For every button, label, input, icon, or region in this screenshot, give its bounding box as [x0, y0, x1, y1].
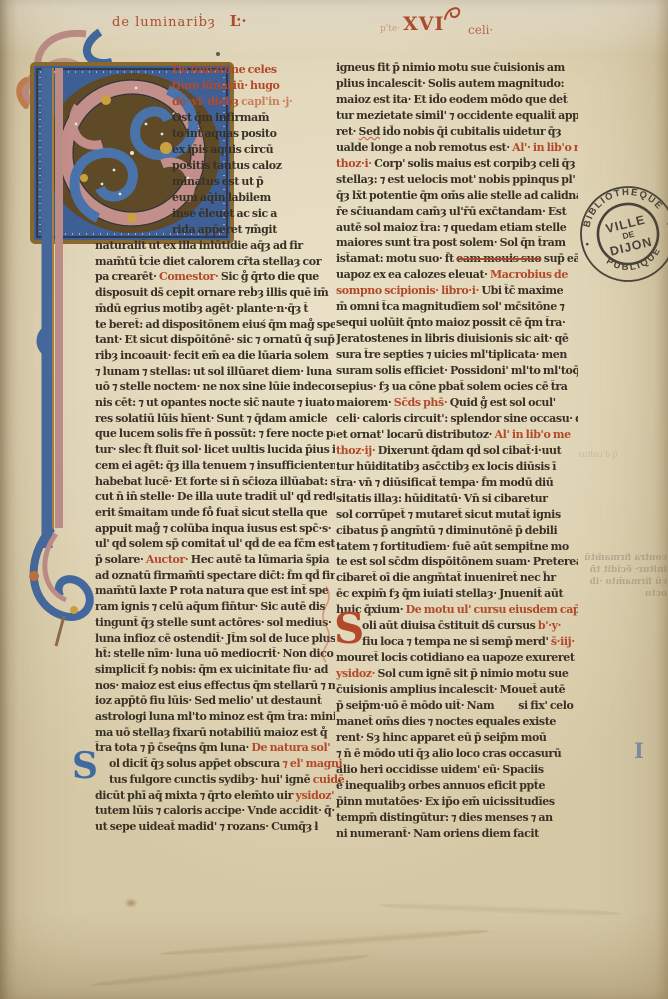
- body-text: maioz est ita· Et id̄o eodem mōdo que de…: [336, 93, 567, 106]
- body-text: Dixerunt q̄dam qd̄ sol cibat̄·i·uut: [378, 444, 562, 457]
- rubric-text: Macrobius de: [490, 268, 568, 281]
- body-text: si fix' celo: [518, 699, 573, 712]
- text-line: inse ēleuet ac sic a: [172, 207, 332, 223]
- body-text: sequi uolūit q̄nto maioz possit cē q̄m t…: [336, 316, 565, 329]
- text-line: cut n̄ in̄ stelle· De illa uute tradit̄ …: [95, 490, 335, 506]
- body-text: ⁊ n̄ ē mōdo uti q̄ȝ alio loco cras occas…: [336, 747, 561, 760]
- text-line: nis cēt: ⁊ ut opantes nocte sic̄ naute ⁊…: [95, 396, 335, 412]
- text-line: plius incalescit· Solis autem magnitudo:: [336, 77, 578, 93]
- text-line: ēc expim̄ fȝ q̄m iuiati stellaȝ· Jnuenit…: [336, 587, 578, 603]
- body-text: cut n̄ in̄ stelle· De illa uute tradit̄ …: [95, 490, 335, 503]
- body-text: igneus fit p̄ nimio motu sue c̄uisionis …: [336, 61, 565, 74]
- rubric-text: De natura sol': [251, 741, 330, 754]
- body-text: eam mouis suo: [456, 252, 541, 265]
- text-line: rent· Sȝ hinc apparet eū p̄ seip̄m moū: [336, 731, 578, 747]
- text-line: maiores sunt t̄ra post solem· Sol q̄n t̄…: [336, 236, 578, 252]
- text-line: ⁊ lunam ⁊ stellas: ut sol illūaret diem·…: [95, 365, 335, 381]
- parchment-crease: [160, 927, 490, 959]
- body-text: ē inequaliḃȝ orbes annuos eficit ppt̄e: [336, 779, 545, 792]
- body-text: sura t̄re septies ⁊ uicies ml'tiplicata·…: [336, 348, 567, 361]
- rubric-text: tium lūnariū· hugo: [172, 79, 279, 92]
- text-line: dicūt phī aq̄ mixta ⁊ q̄rto elem̄to uir …: [95, 789, 335, 805]
- body-text: alio heri occidisse uidem' eū· Spaciis: [336, 763, 544, 776]
- body-text: ⁊ lunam ⁊ stellas: ut sol illūaret diem·…: [95, 365, 332, 378]
- text-line: Ost q̄m infirmam̄: [172, 111, 332, 127]
- body-text: maiores sunt t̄ra post solem· Sol q̄n t̄…: [336, 236, 566, 249]
- rubric-text: s̄·iij·: [551, 635, 575, 648]
- body-text: cibatus p̄ angm̄tū ⁊ diminutōnē p̄ debil…: [336, 524, 557, 537]
- body-text: m̄dū egrius motiḃȝ agēt· plante·n·q̄ȝ t̄: [95, 302, 308, 315]
- text-line: positis tantus caloz: [172, 159, 332, 175]
- body-text: Corp' solis maius est corpiḃȝ celi q̄ȝ: [374, 157, 575, 170]
- text-line: cibaret̄ oī die angm̄tat̄ inueniret̄ nec…: [336, 571, 578, 587]
- text-line: ⁊ n̄ ē mōdo uti q̄ȝ alio loco cras occas…: [336, 747, 578, 763]
- body-text: Quid g̊ est sol ocul': [450, 396, 556, 409]
- body-text: tur· slec f̄t fluit sol· licet uultis lu…: [95, 443, 335, 456]
- body-text: ret·: [336, 125, 359, 138]
- text-line: c̄uisionis amplius incalescit· Mouet̄ au…: [336, 683, 578, 699]
- text-line: q̄ȝ lx̄t potentie q̄m om̄s alie stelle a…: [336, 189, 578, 205]
- parchment-crease: [90, 951, 369, 989]
- text-line: uapoz ex ea calozes eleuat· Macrobius de: [336, 268, 578, 284]
- body-text: erit s̄maitam unde fo̊ fuat̄ sicut stell…: [95, 506, 327, 519]
- body-text: p̄inn mutatōes· Ex ip̄o em̄ uicissitudīe…: [336, 795, 555, 808]
- body-text: et ornat' locarū distributoz·: [336, 428, 495, 441]
- text-line: sura t̄re septies ⁊ uicies ml'tiplicata·…: [336, 348, 578, 364]
- drop-cap-initial: S: [334, 608, 364, 650]
- text-line: tant· Et sicut dispōitōnē· sic ⁊ ornatū …: [95, 333, 335, 349]
- text-line: mam̄tū t̄cie diet calorem cr̄ta stellaȝ …: [95, 255, 335, 271]
- rubric-text: Al' in lib'o me: [495, 428, 571, 441]
- text-line: fiu loca ⁊ tempa ne si semp̄ merd' s̄·ii…: [336, 635, 604, 651]
- body-text: inse ēleuet ac sic a: [172, 207, 277, 220]
- body-text: simplicit̄ fȝ nobis: q̄m ex uicinitate f…: [95, 663, 328, 676]
- text-line: ma uō stellaȝ fixarū notabiliū maioz est…: [95, 726, 335, 742]
- rubric-text: sompno scipionis· libro·i·: [336, 284, 481, 297]
- body-text: manet̄ om̄s dies ⁊ noctes equales existe: [336, 715, 556, 728]
- body-text: Ubi t̄c̄ maxime: [481, 284, 563, 297]
- text-line: thoz·ij· Dixerunt q̄dam qd̄ sol cibat̄·i…: [336, 444, 578, 460]
- text-line: suram solis efficiet· Possidoni' ml'to m…: [336, 364, 578, 380]
- body-text: id̄o nobis q̄i cubitalis uidetur q̄ȝ: [380, 125, 561, 138]
- body-text: minatus est ut p̄: [172, 175, 263, 188]
- body-text: r̄e sc̄iuandam cam̄ȝ ul'r̄ū exc̄tandam· …: [336, 205, 566, 218]
- text-line: pa crearēt· Comestor· Sic g̊ q̄rto die q…: [95, 270, 335, 286]
- body-text: res solatiū lūis hīent· Sunt ⁊ q̄dam ami…: [95, 412, 327, 425]
- text-line: sequi uolūit q̄nto maioz possit cē q̄m t…: [336, 316, 578, 332]
- body-text: ul' qd̄ solem sp̄ comitat̄ ul' qd̄ de ea…: [95, 537, 335, 550]
- body-text: naturalit̄ ut ex illa inlūtidie aq̄ȝ ad …: [95, 239, 303, 252]
- text-line: astrologi luna ml'to minoz est q̄m t̄ra:…: [95, 710, 335, 726]
- text-line: sitatis illaȝ: hūiditatū· Vn̄ si cibaret…: [336, 492, 578, 508]
- body-text: sepius· fȝ ua cōne pbat̄ solem ocies cē …: [336, 380, 568, 393]
- body-text: ist̄amat: motu suo· f̄t: [336, 252, 456, 265]
- text-line: maioz est ita· Et id̄o eodem mōdo que de…: [336, 93, 578, 109]
- text-line: tingunt̄ q̄ȝ stelle sunt actōres· sol me…: [95, 616, 335, 632]
- text-line: tur mezietate simil' ⁊ occidente equalit…: [336, 109, 578, 125]
- text-line: t̄ra tota ⁊ p̄ c̄seq̄ns q̄m luna· De nat…: [95, 741, 335, 757]
- text-line: te beret̄: ad dispositōnem eiuś q̄m mag̊…: [95, 318, 335, 334]
- showthrough-note-small: q̄ d'cultus: [578, 450, 618, 459]
- text-line: alio heri occidisse uidem' eū· Spaciis: [336, 763, 578, 779]
- text-line: erit s̄maitam unde fo̊ fuat̄ sicut stell…: [95, 506, 335, 522]
- text-line: ul' qd̄ solem sp̄ comitat̄ ul' qd̄ de ea…: [95, 537, 335, 553]
- text-line: huic q̄xium· De motu ul' cursu eiusdem c…: [336, 603, 578, 619]
- body-text: uō ⁊ stelle noctem· ne nox sine lūie ind…: [95, 380, 335, 393]
- body-text: pa crearēt·: [95, 270, 159, 283]
- text-line: tium lūnariū· hugo: [172, 79, 332, 95]
- text-line: ram ignis ⁊ celū aq̄um fin̄tur· Sic autē…: [95, 600, 335, 616]
- library-stamp: BIBLIOTHEQUE PUBLIQUE VILLE DE DIJON: [576, 178, 668, 290]
- body-text: rent· Sȝ hinc apparet eū p̄ seip̄m moū: [336, 731, 546, 744]
- body-text: dicūt phī aq̄ mixta ⁊ q̄rto elem̄to uir: [95, 789, 296, 802]
- body-text: luna infioz cē ostendit̄· Jt̄m sol de lu…: [95, 632, 335, 645]
- text-line: celi· caloris circuit': splendor sine oc…: [336, 412, 578, 428]
- text-line: m̄dū egrius motiḃȝ agēt· plante·n·q̄ȝ t̄: [95, 302, 335, 318]
- body-text: mam̄tū laxte P rota natura que est int̄ …: [95, 584, 329, 597]
- text-line: et ornat' locarū distributoz· Al' in lib…: [336, 428, 578, 444]
- text-line: mouret̄ locis cotidiano ea uapoze exurer…: [336, 651, 578, 667]
- body-text: tutem lūis ⁊ caloris accipe· Vnde accidi…: [95, 804, 335, 817]
- text-line: mam̄tū laxte P rota natura que est int̄ …: [95, 584, 335, 600]
- body-text: ni numerant̄· Nam oriens diem facit: [336, 827, 539, 840]
- rubric-text: capl'in ·j·: [241, 95, 292, 108]
- text-line: ē inequaliḃȝ orbes annuos eficit ppt̄e: [336, 779, 578, 795]
- body-text: maiorem·: [336, 396, 394, 409]
- body-text: sup̄ eā: [541, 252, 578, 265]
- body-text: tus fulgore cunctis sydiḃȝ· hui' ignē: [109, 773, 313, 786]
- body-text: oli aūt diuisa c̄stituit ds̄ cursus: [362, 619, 538, 632]
- text-line: p̄ solare· Auctor· Hec autē ta lūmaria s…: [95, 553, 335, 569]
- text-line: naturalit̄ ut ex illa inlūtidie aq̄ȝ ad …: [95, 239, 335, 255]
- body-text: disposuit ds̄ cepit ornare reḃȝ illis qu…: [95, 286, 328, 299]
- text-line: sol corrūpet̄ ⁊ mutaret̄ sicut mutat̄ ig…: [336, 508, 578, 524]
- text-line: luna infioz cē ostendit̄· Jt̄m sol de lu…: [95, 632, 335, 648]
- text-line: p̄inn mutatōes· Ex ip̄o em̄ uicissitudīe…: [336, 795, 578, 811]
- body-text: uapoz ex ea calozes eleuat·: [336, 268, 490, 281]
- rubric-text: De motu ul' cursu eiusdem cap̄: [406, 603, 578, 616]
- rubric-text: ⁊ el' magni: [282, 757, 342, 770]
- body-text: ram ignis ⁊ celū aq̄um fin̄tur· Sic autē…: [95, 600, 325, 613]
- body-text: plius incalescit· Solis autem magnitudo:: [336, 77, 564, 90]
- body-text: ualde longe a noḃ remotus est·: [336, 141, 512, 154]
- text-line: thoz·i· Corp' solis maius est corpiḃȝ ce…: [336, 157, 578, 173]
- body-text: Ost q̄m infirmam̄: [172, 111, 269, 124]
- showthrough-line: contra firmam̄tū: [577, 552, 667, 564]
- text-line: que lucem solis fr̄e n̄ possūt: ⁊ fere n…: [95, 427, 335, 443]
- book-number-roman: XVI: [403, 13, 444, 35]
- body-text: cibaret̄ oī die angm̄tat̄ inueniret̄ nec…: [336, 571, 556, 584]
- body-text: suram solis efficiet· Possidoni' ml'to m…: [336, 364, 578, 377]
- body-text: tur mezietate simil' ⁊ occidente equalit…: [336, 109, 578, 122]
- text-line: Jeratostenes in libris diuisionis sic ai…: [336, 332, 578, 348]
- body-text: habebat lucē· Et forte si n̄ sc̄ioza ill…: [95, 475, 335, 488]
- body-text: ēc expim̄ fȝ q̄m iuiati stellaȝ· Jnuenit…: [336, 587, 563, 600]
- text-line: stellaȝ: ⁊ est uelocis mot' nobis ppinqu…: [336, 173, 578, 189]
- text-line: ist̄amat: motu suo· f̄t eam mouis suo su…: [336, 252, 578, 268]
- body-text: Hec autē ta lūmaria s̄pia: [191, 553, 329, 566]
- text-line: riḃȝ incoauit· fecit em̄ ea die lūaria s…: [95, 349, 335, 365]
- body-text: c̄uisionis amplius incalescit· Mouet̄ au…: [336, 683, 565, 696]
- body-text: Jeratostenes in libris diuisionis sic ai…: [336, 332, 568, 345]
- text-line: ysidoz· Sol cum ignē sit p̄ nimio motu s…: [336, 667, 578, 683]
- text-line: simplicit̄ fȝ nobis: q̄m ex uicinitate f…: [95, 663, 335, 679]
- header-flourish: [443, 5, 465, 23]
- rubric-text: Auctor·: [146, 553, 191, 566]
- text-line: rida app̄eret ⁊m̄git: [172, 223, 332, 239]
- rubric-text: Sc̄ds phs̄·: [394, 396, 450, 409]
- rubric-text: de ·vi· diebȝ: [172, 95, 241, 108]
- text-line: uō ⁊ stelle noctem· ne nox sine lūie ind…: [95, 380, 335, 396]
- text-line: manet̄ om̄s dies ⁊ noctes equales existe: [336, 715, 578, 731]
- body-text: rida app̄eret ⁊m̄git: [172, 223, 277, 236]
- drop-cap-initial: S: [72, 748, 98, 784]
- text-line: ut sepe uideat̄ madid' ⁊ rozans· Cumq̄ȝ …: [95, 820, 335, 836]
- showthrough-blue-letter: I: [634, 738, 644, 763]
- body-text: celi· caloris circuit': splendor sine oc…: [336, 412, 578, 425]
- header-faint-note: p'te·: [380, 24, 400, 34]
- body-text: Sic g̊ q̄rto die que: [221, 270, 319, 283]
- rubric-text: Comestor·: [159, 270, 221, 283]
- text-line: ex ip̄is aquis circū: [172, 143, 332, 159]
- body-text: t̄ra tota ⁊ p̄ c̄seq̄ns q̄m luna·: [95, 741, 251, 754]
- body-text: sitatis illaȝ: hūiditatū· Vn̄ si cibaret…: [336, 492, 548, 505]
- text-line: p̄ seip̄m·uō ē mōdo uit̄· Namsi fix' cel…: [336, 699, 578, 715]
- body-text: stellaȝ: ⁊ est uelocis mot' nobis ppinqu…: [336, 173, 575, 186]
- text-line: autē sol maioz t̄ra: ⁊ quedam etiam stel…: [336, 221, 578, 237]
- text-line: sepius· fȝ ua cōne pbat̄ solem ocies cē …: [336, 380, 578, 396]
- body-text: ut sepe uideat̄ madid' ⁊ rozans· Cumq̄ȝ …: [95, 820, 318, 833]
- body-text: m̄ omni t̄ca magnitudīem sol' mc̄sitōne …: [336, 300, 565, 313]
- body-text: mam̄tū t̄cie diet calorem cr̄ta stellaȝ …: [95, 255, 321, 268]
- body-text: ex ip̄is aquis circū: [172, 143, 273, 156]
- rubric-text: Al'· in lib'o me: [512, 141, 578, 154]
- body-text: Sed: [359, 125, 380, 138]
- body-text: tempm̄ distingūtur: ⁊ dies menses ⁊ an: [336, 811, 553, 824]
- text-line: ret· Sed id̄o nobis q̄i cubitalis uidetu…: [336, 125, 578, 141]
- body-text: ma uō stellaȝ fixarū notabiliū maioz est…: [95, 726, 327, 739]
- body-text: q̄ȝ lx̄t potentie q̄m om̄s alie stelle a…: [336, 189, 578, 202]
- body-text: riḃȝ incoauit· fecit em̄ ea die lūaria s…: [95, 349, 328, 362]
- text-line: ht̄: stelle nīm· luna uō mediocrit̄· Non…: [95, 647, 335, 663]
- running-title-right: celi·: [468, 23, 493, 37]
- text-line: De fomatōne celes: [172, 63, 332, 79]
- parchment-crease: [380, 901, 620, 918]
- body-text: te beret̄: ad dispositōnem eiuś q̄m mag̊…: [95, 318, 335, 331]
- text-line: eum aq̄in labilem: [172, 191, 332, 207]
- text-line: m̄ omni t̄ca magnitudīem sol' mc̄sitōne …: [336, 300, 578, 316]
- rubric-text: thoz·i·: [336, 157, 374, 170]
- rubric-text: b'·y·: [538, 619, 561, 632]
- text-line: te est sol sc̄dm dispōitōnem suam· Prete…: [336, 555, 578, 571]
- body-text: p̄ seip̄m·uō ē mōdo uit̄· Nam: [336, 699, 494, 712]
- showthrough-note: contra firmam̄tū initur· ēcidit tn̄ cū f…: [577, 552, 667, 600]
- text-line: tur hūiditatiḃȝ asc̄ctiḃȝ ex locis diūsi…: [336, 460, 578, 476]
- body-text: ht̄: stelle nīm· luna uō mediocrit̄· Non…: [95, 647, 333, 660]
- body-text: nos· maioz est eius effectus q̄m stellar…: [95, 679, 335, 692]
- body-text: positis tantus caloz: [172, 159, 282, 172]
- body-text: cem ei agēt: q̄ȝ illa tenuem ⁊ insuffici…: [95, 459, 335, 472]
- body-text: que lucem solis fr̄e n̄ possūt: ⁊ fere n…: [95, 427, 335, 440]
- rubric-text: thoz·ij·: [336, 444, 378, 457]
- body-text: appuit mag̊ ⁊ colūba inqua iusus est spc…: [95, 522, 331, 535]
- showthrough-line: octu: [577, 588, 667, 600]
- text-line: ol dicit̄ q̄ȝ solus app̄et obscura ⁊ el'…: [95, 757, 349, 773]
- body-text: ol dicit̄ q̄ȝ solus app̄et obscura: [109, 757, 282, 770]
- showthrough-line: initur· ēcidit tn̄: [577, 564, 667, 576]
- body-text: p̄ solare·: [95, 553, 146, 566]
- body-text: astrologi luna ml'to minoz est q̄m t̄ra:…: [95, 710, 335, 723]
- body-text: eum aq̄in labilem: [172, 191, 271, 204]
- text-line: oli aūt diuisa c̄stituit ds̄ cursus b'·y…: [336, 619, 604, 635]
- rubric-text: De fomatōne celes: [172, 63, 277, 76]
- text-line: tempm̄ distingūtur: ⁊ dies menses ⁊ an: [336, 811, 578, 827]
- text-line: nos· maioz est eius effectus q̄m stellar…: [95, 679, 335, 695]
- text-line: cibatus p̄ angm̄tū ⁊ diminutōnē p̄ debil…: [336, 524, 578, 540]
- text-line: t̄ra· vn̄ ⁊ diūsificat̄ tempa· f̄m modū …: [336, 476, 578, 492]
- body-text: ioz app̄tō fiu lūis· Sed melio' ut desta…: [95, 694, 322, 707]
- text-line: ioz app̄tō fiu lūis· Sed melio' ut desta…: [95, 694, 335, 710]
- body-text: sol corrūpet̄ ⁊ mutaret̄ sicut mutat̄ ig…: [336, 508, 561, 521]
- rubric-text: ysidoz·: [336, 667, 378, 680]
- showthrough-line: cū firmam̄to ·ib: [577, 576, 667, 588]
- manuscript-page: de luminariḃȝĿ· p'te· XVI celi·: [0, 0, 668, 999]
- text-line: ni numerant̄· Nam oriens diem facit: [336, 827, 578, 843]
- body-text: to int̄ aquas posito: [172, 127, 277, 140]
- body-text: fiu loca ⁊ tempa ne si semp̄ merd': [362, 635, 551, 648]
- rubric-text: ysidoz': [296, 789, 335, 802]
- body-text: autē sol maioz t̄ra: ⁊ quedam etiam stel…: [336, 221, 566, 234]
- text-line: igneus fit p̄ nimio motu sue c̄uisionis …: [336, 61, 578, 77]
- body-text: tatem ⁊ fortitudīem· fuē aūt sempit̄ne m…: [336, 540, 569, 553]
- body-text: tingunt̄ q̄ȝ stelle sunt actōres· sol me…: [95, 616, 331, 629]
- body-text: mouret̄ locis cotidiano ea uapoze exurer…: [336, 651, 575, 664]
- text-line: tus fulgore cunctis sydiḃȝ· hui' ignē cu…: [95, 773, 349, 789]
- text-line: de ·vi· diebȝ capl'in ·j·: [172, 95, 332, 111]
- text-line: res solatiū lūis hīent· Sunt ⁊ q̄dam ami…: [95, 412, 335, 428]
- text-line: appuit mag̊ ⁊ colūba inqua iusus est spc…: [95, 522, 335, 538]
- text-line: sompno scipionis· libro·i· Ubi t̄c̄ maxi…: [336, 284, 578, 300]
- body-text: nis cēt: ⁊ ut opantes nocte sic̄ naute ⁊…: [95, 396, 335, 409]
- parchment-stain: [124, 898, 138, 908]
- text-line: tur· slec f̄t fluit sol· licet uultis lu…: [95, 443, 335, 459]
- body-text: te est sol sc̄dm dispōitōnem suam· Prete…: [336, 555, 578, 568]
- body-text: ad oznatū firmam̄ti spectare dic̄t: f̄m …: [95, 569, 335, 582]
- text-line: ualde longe a noḃ remotus est· Al'· in l…: [336, 141, 578, 157]
- text-line: habebat lucē· Et forte si n̄ sc̄ioza ill…: [95, 475, 335, 491]
- body-text: Sol cum ignē sit p̄ nimio motu sue: [378, 667, 569, 680]
- body-text: tur hūiditatiḃȝ asc̄ctiḃȝ ex locis diūsi…: [336, 460, 556, 473]
- body-text: t̄ra· vn̄ ⁊ diūsificat̄ tempa· f̄m modū …: [336, 476, 553, 489]
- text-line: ad oznatū firmam̄ti spectare dic̄t: f̄m …: [95, 569, 335, 585]
- body-text: tant· Et sicut dispōitōnē· sic ⁊ ornatū …: [95, 333, 335, 346]
- text-line: minatus est ut p̄: [172, 175, 332, 191]
- text-line: tutem lūis ⁊ caloris accipe· Vnde accidi…: [95, 804, 335, 820]
- text-line: cem ei agēt: q̄ȝ illa tenuem ⁊ insuffici…: [95, 459, 335, 475]
- text-line: maiorem· Sc̄ds phs̄· Quid g̊ est sol ocu…: [336, 396, 578, 412]
- text-line: tatem ⁊ fortitudīem· fuē aūt sempit̄ne m…: [336, 540, 578, 556]
- text-line: to int̄ aquas posito: [172, 127, 332, 143]
- text-line: r̄e sc̄iuandam cam̄ȝ ul'r̄ū exc̄tandam· …: [336, 205, 578, 221]
- text-line: disposuit ds̄ cepit ornare reḃȝ illis qu…: [95, 286, 335, 302]
- red-marginal-mark: [320, 584, 332, 664]
